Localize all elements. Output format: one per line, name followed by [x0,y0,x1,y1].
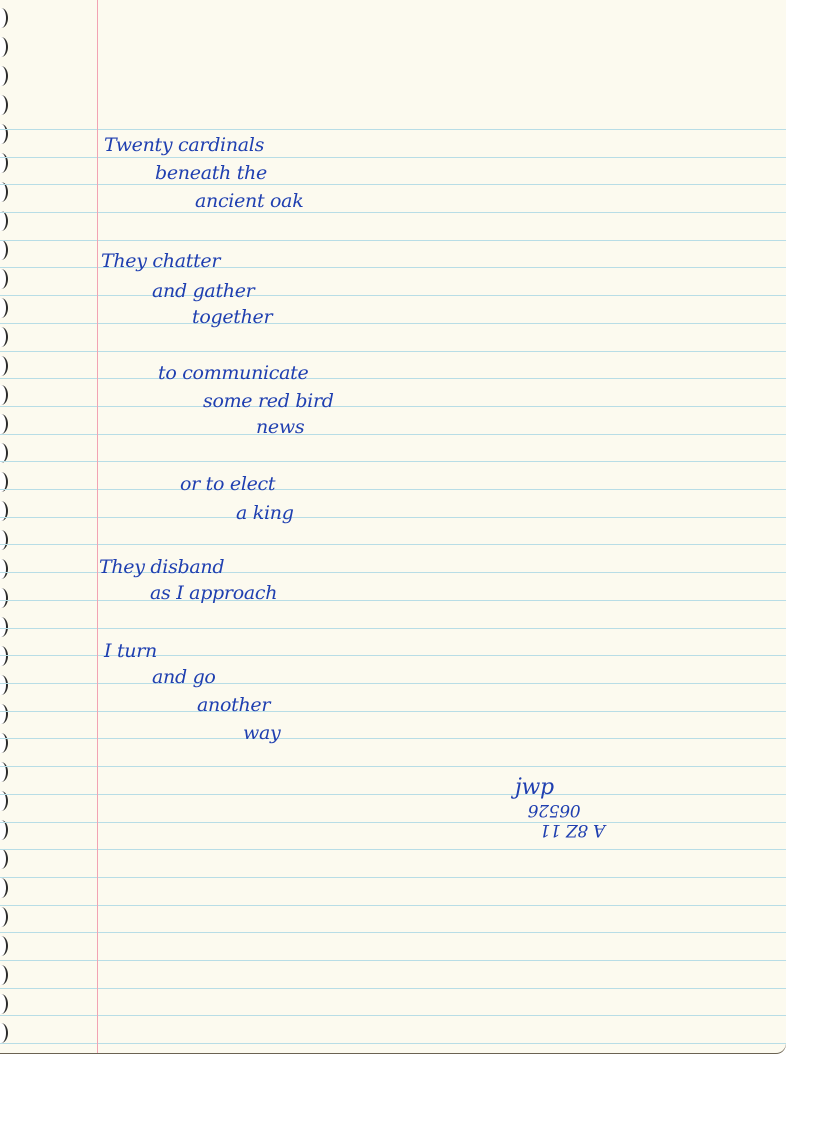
margin-line [97,0,98,1053]
binder-hole [0,66,8,86]
rule-line [0,517,786,518]
rule-line [0,434,786,435]
poem-line: a king [236,502,294,524]
binder-hole [0,907,8,927]
binder-hole [0,443,8,463]
rule-line [0,378,786,379]
binder-hole [0,704,8,724]
binder-hole [0,559,8,579]
binder-hole [0,269,8,289]
poem-line: Twenty cardinals [104,134,264,156]
binder-hole [0,675,8,695]
binder-hole [0,211,8,231]
rule-line [0,711,786,712]
binder-hole [0,1023,8,1043]
binder-hole [0,733,8,753]
rule-line [0,822,786,823]
signature-date-code: A 8Z 11 [540,820,605,840]
rule-line [0,960,786,961]
rule-line [0,489,786,490]
notebook-page: Twenty cardinals beneath the ancient oak… [0,0,786,1053]
binder-hole [0,8,8,28]
rule-line [0,351,786,352]
poem-line: to communicate [158,362,308,384]
poem-line: They chatter [101,250,220,272]
binder-hole [0,385,8,405]
binder-hole [0,588,8,608]
rule-line [0,184,786,185]
binder-hole [0,530,8,550]
rule-line [0,932,786,933]
rule-line [0,766,786,767]
binder-hole [0,37,8,57]
binder-hole [0,95,8,115]
rule-line [0,544,786,545]
rule-line [0,212,786,213]
binder-hole [0,965,8,985]
binder-hole [0,298,8,318]
binder-hole [0,617,8,637]
poem-line: beneath the [155,162,267,184]
binder-hole [0,849,8,869]
binder-hole [0,878,8,898]
rule-line [0,129,786,130]
rule-line [0,323,786,324]
binder-hole [0,356,8,376]
binder-hole [0,327,8,347]
binder-hole [0,124,8,144]
rule-line [0,683,786,684]
poem-line: some red bird [203,390,334,412]
poem-line: together [192,306,272,328]
poem-line: and go [152,666,216,688]
rule-line [0,988,786,989]
rule-line [0,240,786,241]
binder-hole [0,820,8,840]
rule-line [0,1043,786,1044]
poem-line: and gather [152,280,254,302]
signature-number: 06526 [528,800,581,820]
poem-line: I turn [104,640,157,662]
rule-line [0,600,786,601]
binder-hole [0,240,8,260]
poem-line: another [197,694,270,716]
poem-line: or to elect [180,473,275,495]
poem-line: ancient oak [195,190,303,212]
signature-initials: jwp [515,775,554,800]
binder-hole [0,414,8,434]
binder-hole [0,646,8,666]
poem-line: as I approach [150,582,277,604]
binder-hole [0,994,8,1014]
rule-line [0,905,786,906]
binder-hole [0,182,8,202]
rule-line [0,849,786,850]
rule-line [0,157,786,158]
rule-line [0,877,786,878]
poem-line: news [256,416,304,438]
rule-line [0,1015,786,1016]
rule-line [0,406,786,407]
rule-line [0,794,786,795]
rule-line [0,461,786,462]
rule-line [0,738,786,739]
poem-line: They disband [99,556,224,578]
poem-line: way [243,722,280,744]
binder-hole [0,501,8,521]
rule-line [0,628,786,629]
rule-line [0,295,786,296]
binder-hole [0,762,8,782]
binder-hole [0,153,8,173]
binder-hole [0,936,8,956]
